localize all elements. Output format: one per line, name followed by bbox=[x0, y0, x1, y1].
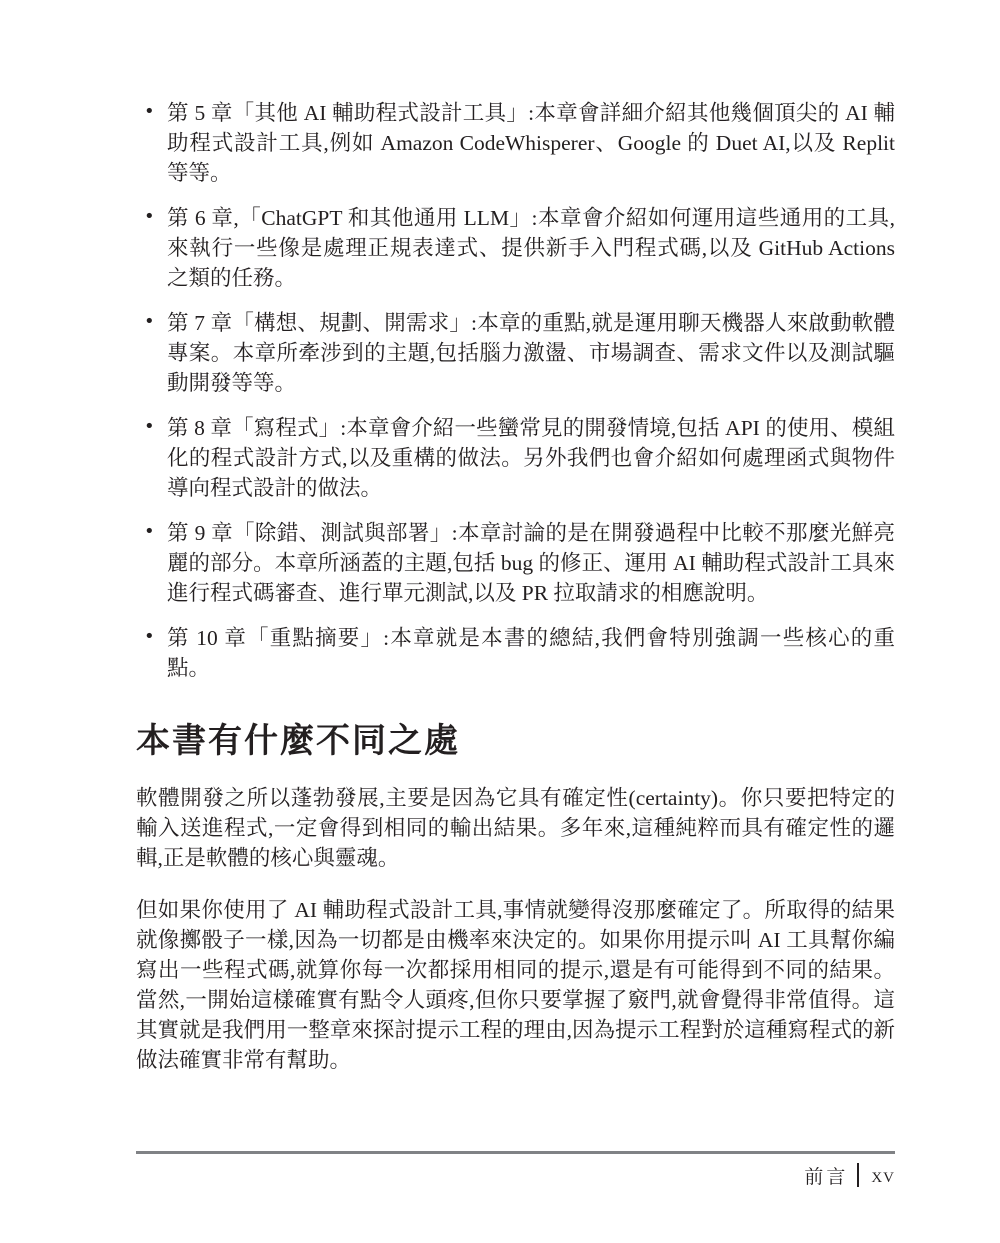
page-footer: 前言 xv bbox=[136, 1160, 895, 1190]
section-heading: 本書有什麼不同之處 bbox=[136, 723, 895, 759]
list-item: • 第 6 章,「ChatGPT 和其他通用 LLM」:本章會介紹如何運用這些通… bbox=[136, 203, 895, 293]
footer-divider bbox=[857, 1163, 859, 1187]
list-item: • 第 8 章「寫程式」:本章會介紹一些蠻常見的開發情境,包括 API 的使用、… bbox=[136, 413, 895, 503]
list-item: • 第 5 章「其他 AI 輔助程式設計工具」:本章會詳細介紹其他幾個頂尖的 A… bbox=[136, 98, 895, 188]
list-item-text: 第 9 章「除錯、測試與部署」:本章討論的是在開發過程中比較不那麼光鮮亮麗的部分… bbox=[167, 521, 895, 605]
list-item-text: 第 5 章「其他 AI 輔助程式設計工具」:本章會詳細介紹其他幾個頂尖的 AI … bbox=[167, 101, 895, 185]
chapter-list: • 第 5 章「其他 AI 輔助程式設計工具」:本章會詳細介紹其他幾個頂尖的 A… bbox=[136, 98, 895, 683]
page-content: • 第 5 章「其他 AI 輔助程式設計工具」:本章會詳細介紹其他幾個頂尖的 A… bbox=[136, 98, 895, 1075]
list-item-text: 第 7 章「構想、規劃、開需求」:本章的重點,就是運用聊天機器人來啟動軟體專案。… bbox=[167, 311, 895, 395]
bullet-icon: • bbox=[144, 412, 155, 442]
list-item-text: 第 8 章「寫程式」:本章會介紹一些蠻常見的開發情境,包括 API 的使用、模組… bbox=[167, 416, 895, 500]
footer-rule bbox=[136, 1151, 895, 1154]
bullet-icon: • bbox=[144, 622, 155, 652]
footer-section-label: 前言 bbox=[804, 1162, 848, 1189]
bullet-icon: • bbox=[144, 517, 155, 547]
list-item: • 第 10 章「重點摘要」:本章就是本書的總結,我們會特別強調一些核心的重點。 bbox=[136, 623, 895, 683]
bullet-icon: • bbox=[144, 307, 155, 337]
body-paragraph: 但如果你使用了 AI 輔助程式設計工具,事情就變得沒那麼確定了。所取得的結果就像… bbox=[136, 895, 895, 1075]
list-item: • 第 7 章「構想、規劃、開需求」:本章的重點,就是運用聊天機器人來啟動軟體專… bbox=[136, 308, 895, 398]
footer-page-number: xv bbox=[871, 1163, 895, 1188]
list-item: • 第 9 章「除錯、測試與部署」:本章討論的是在開發過程中比較不那麼光鮮亮麗的… bbox=[136, 518, 895, 608]
bullet-icon: • bbox=[144, 97, 155, 127]
book-page: • 第 5 章「其他 AI 輔助程式設計工具」:本章會詳細介紹其他幾個頂尖的 A… bbox=[0, 0, 1000, 1243]
body-paragraph: 軟體開發之所以蓬勃發展,主要是因為它具有確定性(certainty)。你只要把特… bbox=[136, 783, 895, 873]
list-item-text: 第 10 章「重點摘要」:本章就是本書的總結,我們會特別強調一些核心的重點。 bbox=[167, 626, 895, 680]
bullet-icon: • bbox=[144, 202, 155, 232]
list-item-text: 第 6 章,「ChatGPT 和其他通用 LLM」:本章會介紹如何運用這些通用的… bbox=[167, 206, 895, 290]
